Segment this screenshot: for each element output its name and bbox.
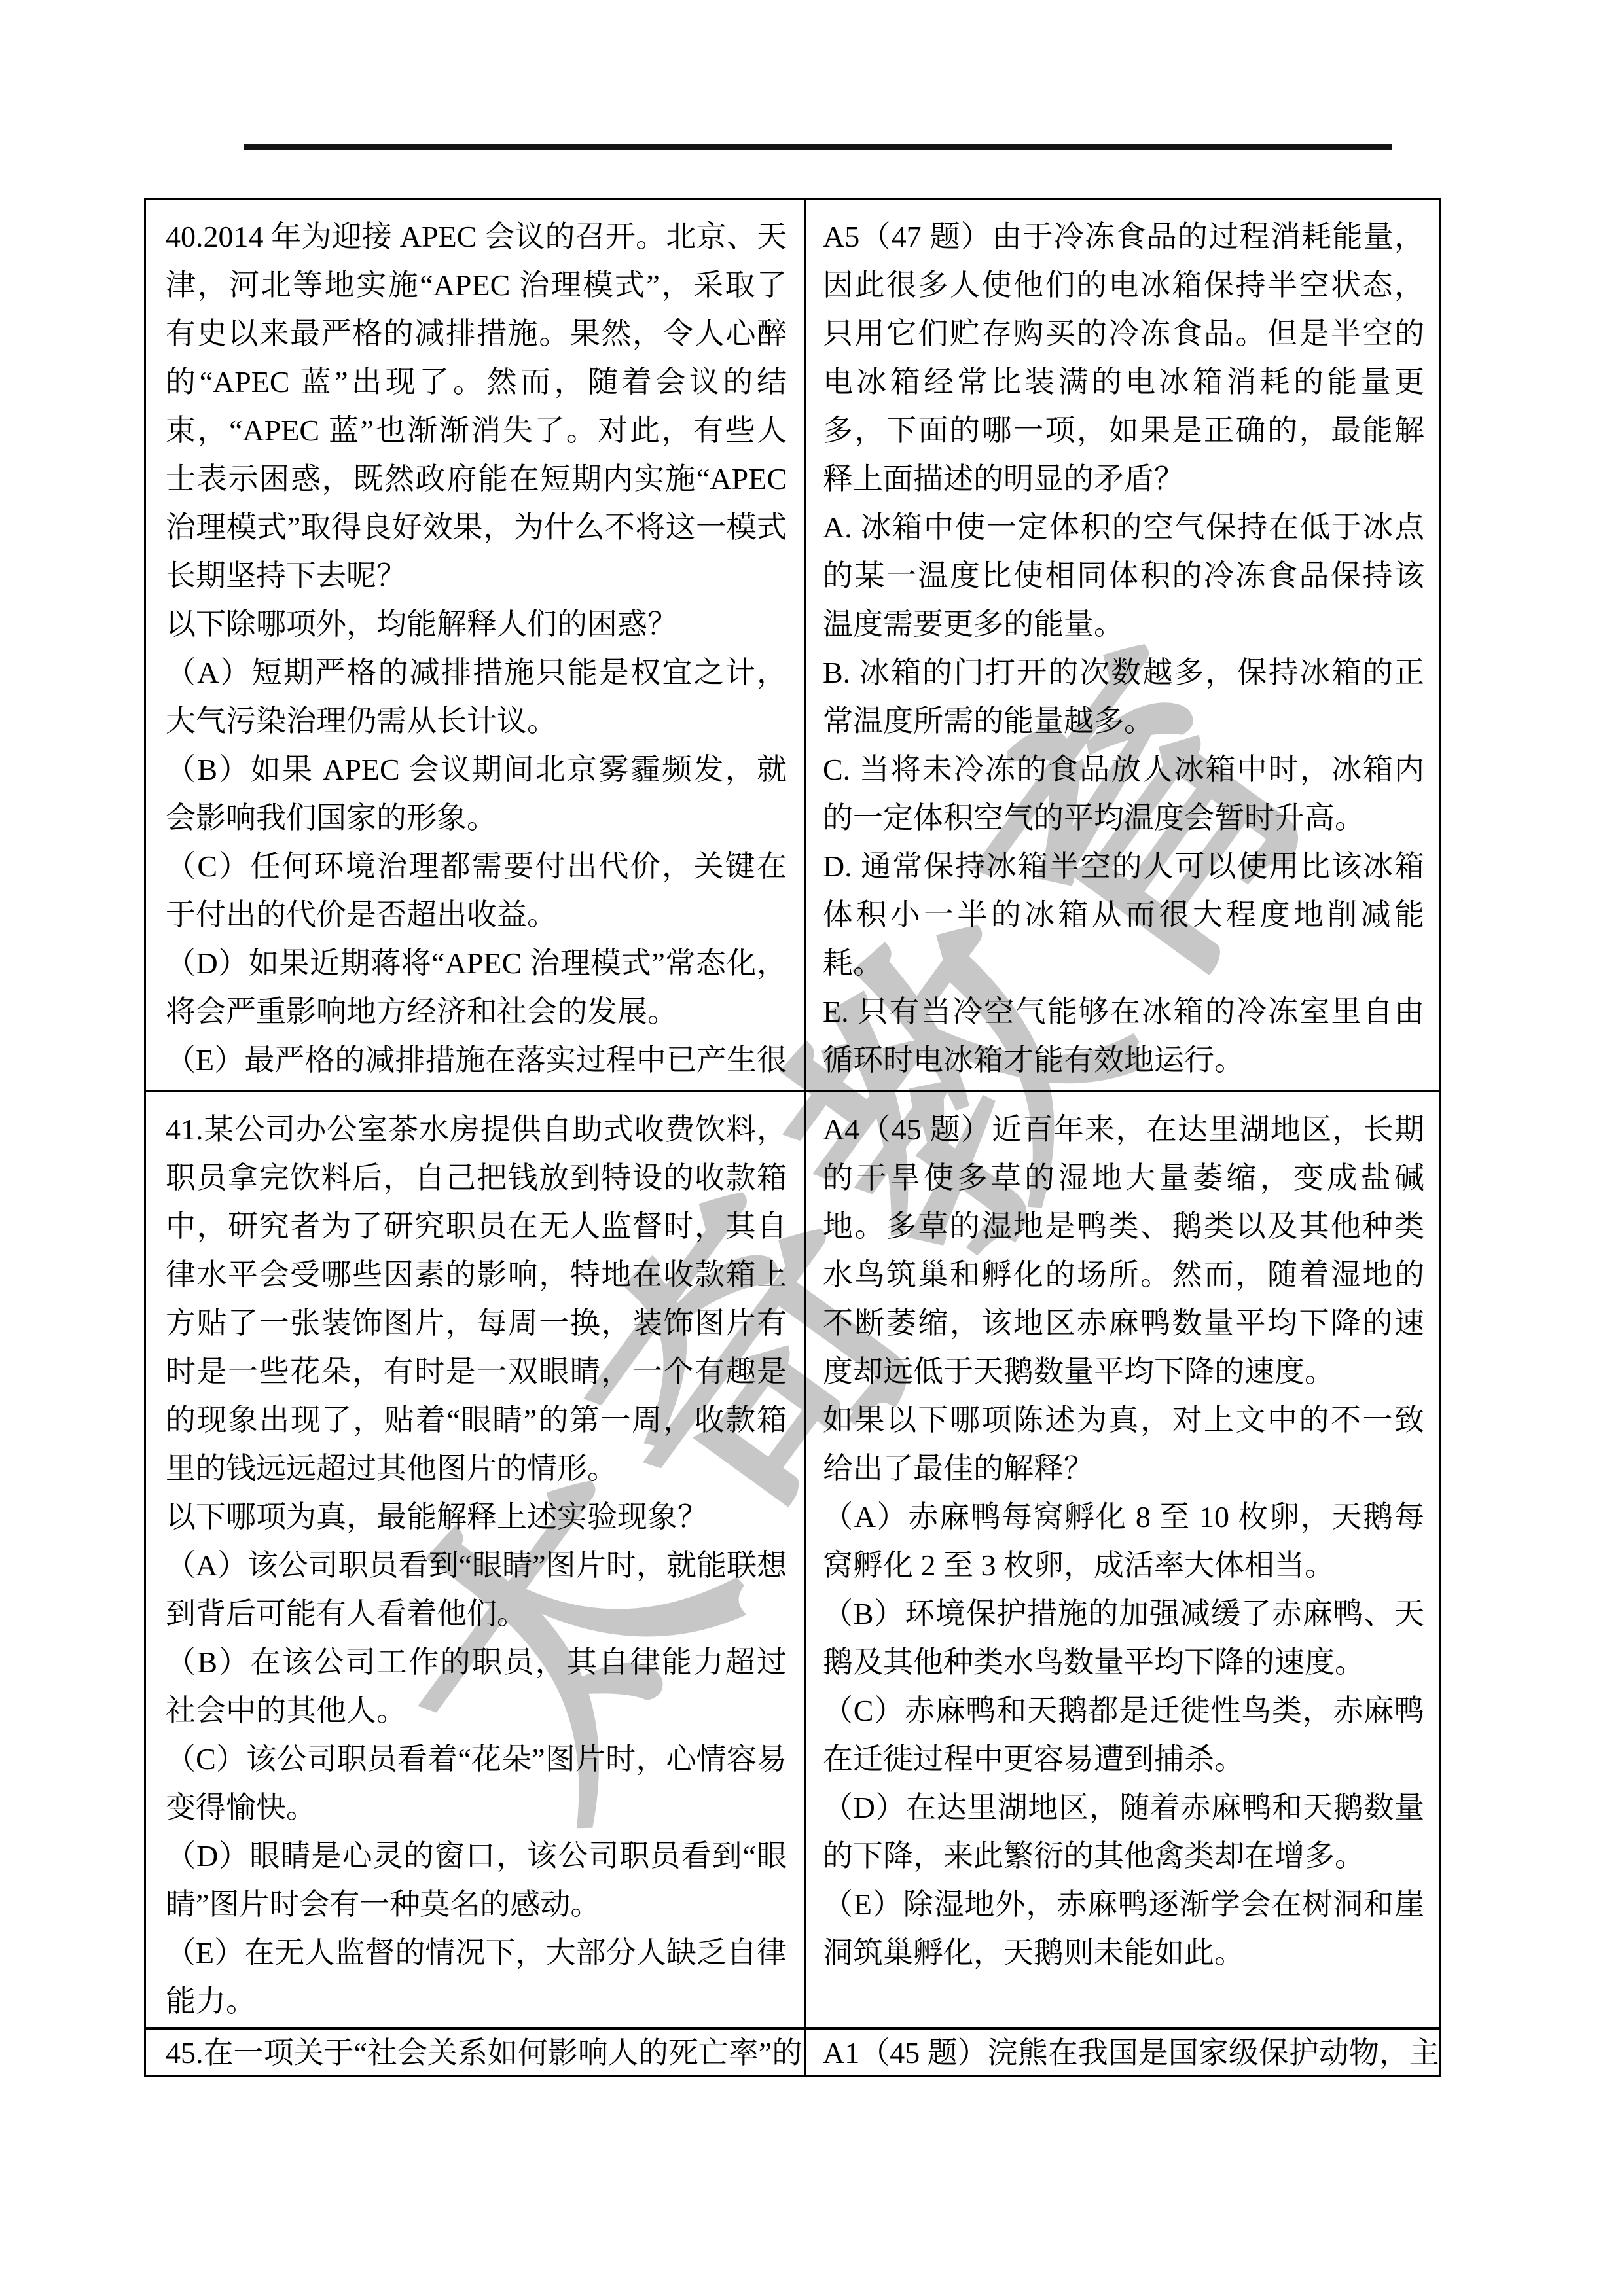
paragraph: （E）最严格的减排措施在落实过程中已产生很多难以解决的实际困难。: [166, 1036, 787, 1090]
paragraph: （A）短期严格的减排措施只能是权宜之计，大气污染治理仍需从长计议。: [166, 649, 787, 745]
cell-question-a5-47: A5（47 题）由于冷冻食品的过程消耗能量，因此很多人使他们的电冰箱保持半空状态…: [806, 200, 1439, 1090]
cell-question-40: 40.2014 年为迎接 APEC 会议的召开。北京、天津，河北等地实施“APE…: [146, 200, 806, 1090]
table-row-1: 40.2014 年为迎接 APEC 会议的召开。北京、天津，河北等地实施“APE…: [146, 200, 1439, 1090]
cell-question-a4-45: A4（45 题）近百年来，在达里湖地区，长期的干旱使多草的湿地大量萎缩，变成盐碱…: [806, 1092, 1439, 2027]
question-table: 40.2014 年为迎接 APEC 会议的召开。北京、天津，河北等地实施“APE…: [144, 198, 1441, 2077]
cell-question-41: 41.某公司办公室茶水房提供自助式收费饮料，职员拿完饮料后，自己把钱放到特设的收…: [146, 1092, 806, 2027]
paragraph: （A）该公司职员看到“眼睛”图片时，就能联想到背后可能有人看着他们。: [166, 1541, 787, 1638]
paragraph: 45.在一项关于“社会关系如何影响人的死亡率”的: [166, 2034, 787, 2073]
paragraph: D. 通常保持冰箱半空的人可以使用比该冰箱体积小一半的冰箱从而很大程度地削减能耗…: [823, 842, 1424, 988]
paragraph: E. 只有当冷空气能够在冰箱的冷冻室里自由循环时电冰箱才能有效地运行。: [823, 988, 1424, 1085]
paragraph: （B）在该公司工作的职员，其自律能力超过社会中的其他人。: [166, 1638, 787, 1735]
paragraph: B. 冰箱的门打开的次数越多，保持冰箱的正常温度所需的能量越多。: [823, 649, 1424, 745]
paragraph: （D）如果近期蒋将“APEC 治理模式”常态化，将会严重影响地方经济和社会的发展…: [166, 939, 787, 1036]
header-rule: [244, 144, 1392, 150]
paragraph: （E）除湿地外，赤麻鸭逐渐学会在树洞和崖洞筑巢孵化，天鹅则未能如此。: [823, 1880, 1424, 1977]
cell-question-a1-45-partial: A1（45 题）浣熊在我国是国家级保护动物，主: [806, 2030, 1439, 2075]
paragraph: （A）赤麻鸭每窝孵化 8 至 10 枚卵，天鹅每窝孵化 2 至 3 枚卵，成活率…: [823, 1493, 1424, 1590]
paragraph: （B）环境保护措施的加强减缓了赤麻鸭、天鹅及其他种类水鸟数量平均下降的速度。: [823, 1590, 1424, 1687]
paragraph: A1（45 题）浣熊在我国是国家级保护动物，主: [823, 2034, 1424, 2073]
paragraph: 以下哪项为真，最能解释上述实验现象？: [166, 1493, 787, 1541]
table-row-3: 45.在一项关于“社会关系如何影响人的死亡率”的 A1（45 题）浣熊在我国是国…: [146, 2027, 1439, 2075]
paragraph: 41.某公司办公室茶水房提供自助式收费饮料，职员拿完饮料后，自己把钱放到特设的收…: [166, 1105, 787, 1493]
paragraph: （C）该公司职员看着“花朵”图片时，心情容易变得愉快。: [166, 1735, 787, 1832]
cell-question-45-partial: 45.在一项关于“社会关系如何影响人的死亡率”的: [146, 2030, 806, 2075]
paragraph: （C）赤麻鸭和天鹅都是迁徙性鸟类，赤麻鸭在迁徙过程中更容易遭到捕杀。: [823, 1687, 1424, 1784]
paragraph: A4（45 题）近百年来，在达里湖地区，长期的干旱使多草的湿地大量萎缩，变成盐碱…: [823, 1105, 1424, 1396]
paragraph: C. 当将未冷冻的食品放人冰箱中时，冰箱内的一定体积空气的平均温度会暂时升高。: [823, 745, 1424, 842]
paragraph: （E）在无人监督的情况下，大部分人缺乏自律能力。: [166, 1929, 787, 2026]
paragraph: （B）如果 APEC 会议期间北京雾霾频发，就会影响我们国家的形象。: [166, 745, 787, 842]
paragraph: （C）任何环境治理都需要付出代价，关键在于付出的代价是否超出收益。: [166, 842, 787, 939]
paragraph: A. 冰箱中使一定体积的空气保持在低于冰点的某一温度比使相同体积的冷冻食品保持该…: [823, 503, 1424, 649]
paragraph: 40.2014 年为迎接 APEC 会议的召开。北京、天津，河北等地实施“APE…: [166, 213, 787, 600]
table-row-2: 41.某公司办公室茶水房提供自助式收费饮料，职员拿完饮料后，自己把钱放到特设的收…: [146, 1090, 1439, 2027]
paragraph: A5（47 题）由于冷冻食品的过程消耗能量，因此很多人使他们的电冰箱保持半空状态…: [823, 213, 1424, 503]
paragraph: （D）在达里湖地区，随着赤麻鸭和天鹅数量的下降，来此繁衍的其他禽类却在增多。: [823, 1784, 1424, 1880]
paragraph: （D）眼睛是心灵的窗口，该公司职员看到“眼睛”图片时会有一种莫名的感动。: [166, 1832, 787, 1929]
document-page: 太奇教育 40.2014 年为迎接 APEC 会议的召开。北京、天津，河北等地实…: [0, 0, 1624, 2296]
paragraph: 如果以下哪项陈述为真，对上文中的不一致给出了最佳的解释？: [823, 1396, 1424, 1493]
paragraph: 以下除哪项外，均能解释人们的困惑？: [166, 600, 787, 649]
